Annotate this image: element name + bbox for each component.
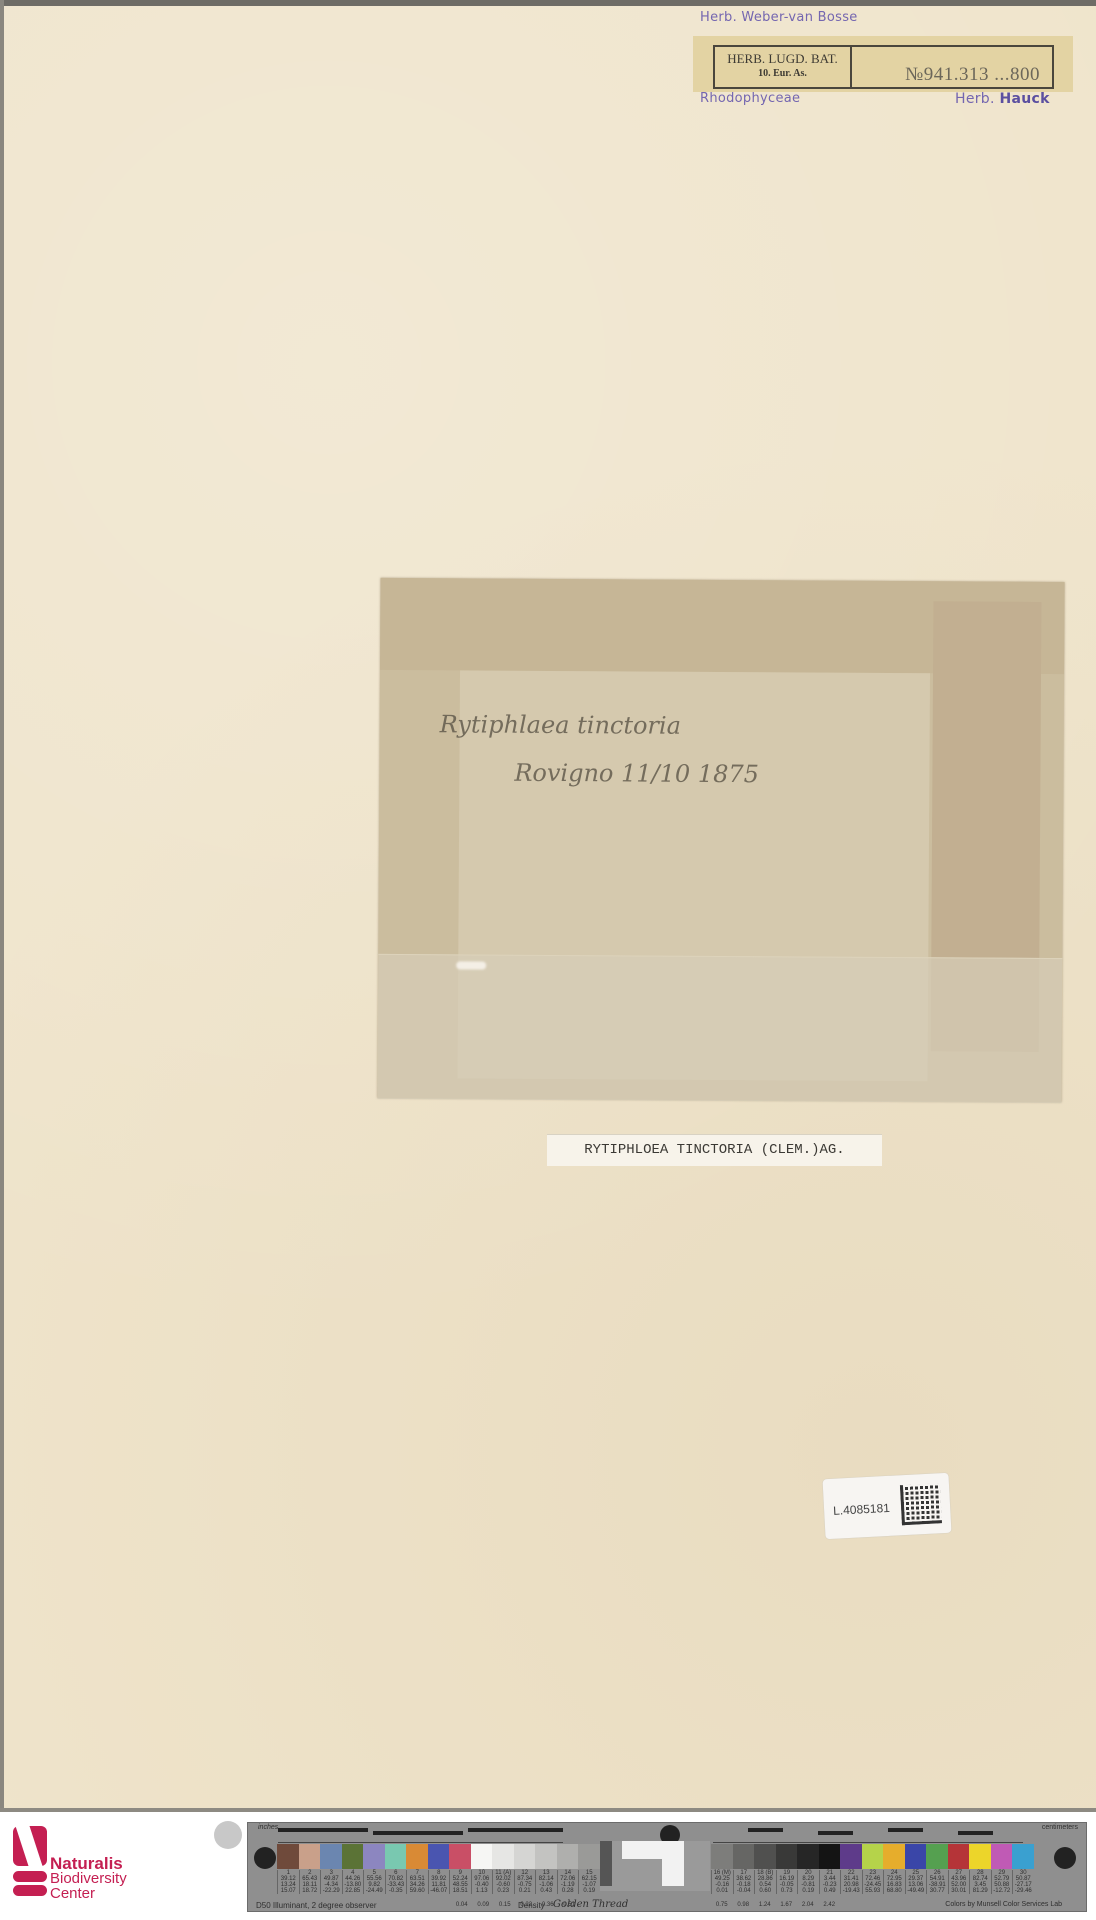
scanner-left-edge xyxy=(0,0,4,1812)
patch-values: 1287.34-0.750.21 xyxy=(514,1870,536,1894)
centimeters-label: centimeters xyxy=(1042,1824,1078,1831)
color-patch xyxy=(492,1844,514,1869)
patch-values: 2952.7950.88-12.72 xyxy=(991,1870,1013,1894)
patch-values: 1472.06-1.190.28 xyxy=(557,1870,579,1894)
color-patch xyxy=(840,1844,862,1869)
patch-values: 2472.9516.8368.80 xyxy=(883,1870,905,1894)
herbarium-stamp-prefix: Herb. xyxy=(955,91,995,107)
sheet-bottom-edge xyxy=(0,1808,1096,1812)
patch-values: 2529.3713.06-49.49 xyxy=(905,1870,927,1894)
patch-values: 3050.87-27.17-29.46 xyxy=(1012,1870,1034,1894)
patch-values: 2372.46-24.4555.93 xyxy=(862,1870,884,1894)
resolution-target xyxy=(600,1841,710,1891)
logo-bar-icon xyxy=(13,1871,47,1882)
patch-values: 1916.19-0.050.73 xyxy=(776,1870,798,1894)
patch-values: 2231.4120.98-19.43 xyxy=(840,1870,862,1894)
color-patch xyxy=(578,1844,600,1869)
density-value: 0.09 xyxy=(473,1902,495,1908)
color-patch xyxy=(385,1844,407,1869)
envelope-bottom-flap xyxy=(377,954,1062,1103)
color-patch xyxy=(926,1844,948,1869)
envelope-glare xyxy=(456,961,486,969)
color-patch xyxy=(754,1844,776,1869)
patch-values: 139.1213.2415.07 xyxy=(277,1870,299,1894)
color-calibration-chart: inches centimeters 139.1213.2415.07265.4… xyxy=(247,1822,1087,1912)
institution-text: HERB. LUGD. BAT. xyxy=(715,51,850,67)
color-patch xyxy=(733,1844,755,1869)
color-patch xyxy=(819,1844,841,1869)
group-stamp: Rhodophyceae xyxy=(700,91,800,106)
patch-values: 2743.9652.0030.01 xyxy=(948,1870,970,1894)
patch-values: 444.26-13.8022.85 xyxy=(342,1870,364,1894)
illuminant-note: D50 Illuminant, 2 degree observer xyxy=(256,1901,377,1910)
herbarium-label: HERB. LUGD. BAT. 10. Eur. As. №941.313 .… xyxy=(713,45,1054,89)
color-patches-right xyxy=(711,1844,1034,1869)
density-value: 1.67 xyxy=(776,1902,798,1908)
patch-values: 839.9211.81-46.07 xyxy=(428,1870,450,1894)
patch-values: 265.4318.1118.72 xyxy=(299,1870,321,1894)
patch-values: 11 (A)92.02-0.600.23 xyxy=(492,1870,514,1894)
color-patch xyxy=(557,1844,579,1869)
herbarium-label-institution-cell: HERB. LUGD. BAT. 10. Eur. As. xyxy=(715,47,852,87)
color-patch xyxy=(711,1844,733,1869)
color-patch xyxy=(883,1844,905,1869)
herbarium-stamp-name: Hauck xyxy=(1000,91,1050,107)
density-value: 1.24 xyxy=(754,1902,776,1908)
patch-values: 555.569.82-24.49 xyxy=(363,1870,385,1894)
patch-values: 1097.06-0.401.13 xyxy=(471,1870,493,1894)
patch-values: 213.44-0.230.49 xyxy=(819,1870,841,1894)
logo-text-center: Center xyxy=(50,1885,95,1902)
patch-values: 2882.743.4581.29 xyxy=(969,1870,991,1894)
collection-stamp: Herb. Weber-van Bosse xyxy=(700,10,858,25)
density-value: 2.04 xyxy=(797,1902,819,1908)
cm-ruler xyxy=(713,1828,1023,1843)
logo-bar-icon xyxy=(13,1885,47,1896)
patch-values: 1562.15-1.070.19 xyxy=(578,1870,600,1894)
density-value: 0.15 xyxy=(494,1902,516,1908)
handwritten-locality-date: Rovigno 11/10 1875 xyxy=(514,759,759,788)
barcode-label: L.4085181 xyxy=(823,1473,952,1540)
density-value: 0.75 xyxy=(711,1902,733,1908)
specimen-envelope: Rytiphlaea tinctoria Rovigno 11/10 1875 xyxy=(377,578,1064,1102)
color-patch xyxy=(1012,1844,1034,1869)
inches-label: inches xyxy=(258,1824,278,1831)
color-patch xyxy=(514,1844,536,1869)
patch-values-right: 16 (M)49.25-0.160.011738.62-0.18-0.0418 … xyxy=(711,1870,1034,1894)
logo-n-icon xyxy=(13,1826,47,1866)
gray-reference-dot xyxy=(214,1821,242,1849)
color-patch xyxy=(428,1844,450,1869)
color-patch xyxy=(320,1844,342,1869)
density-values-right: 0.750.981.241.672.042.42 xyxy=(711,1902,840,1908)
naturalis-logo: Naturalis Biodiversity Center xyxy=(13,1826,133,1908)
color-patch xyxy=(299,1844,321,1869)
patch-values: 670.82-33.43-0.35 xyxy=(385,1870,407,1894)
patch-values: 952.2448.5518.51 xyxy=(449,1870,471,1894)
color-patch xyxy=(535,1844,557,1869)
brand-name: Golden Thread xyxy=(553,1899,628,1910)
patch-values-left: 139.1213.2415.07265.4318.1118.72349.87-4… xyxy=(277,1870,600,1894)
patch-values: 1382.14-1.060.43 xyxy=(535,1870,557,1894)
color-patch xyxy=(905,1844,927,1869)
inch-ruler xyxy=(278,1828,563,1843)
herbarium-number: №941.313 ...800 xyxy=(905,64,1040,86)
patch-values: 2654.91-38.9130.77 xyxy=(926,1870,948,1894)
patch-values: 1738.62-0.18-0.04 xyxy=(733,1870,755,1894)
patch-values: 18 (B)28.860.540.60 xyxy=(754,1870,776,1894)
region-text: 10. Eur. As. xyxy=(715,68,850,79)
patch-values: 763.5134.2659.60 xyxy=(406,1870,428,1894)
herbarium-label-number-cell: №941.313 ...800 xyxy=(852,47,1052,87)
color-patch xyxy=(969,1844,991,1869)
color-patch xyxy=(363,1844,385,1869)
color-patch xyxy=(406,1844,428,1869)
patch-values: 16 (M)49.25-0.160.01 xyxy=(711,1870,733,1894)
catalog-number: L.4085181 xyxy=(833,1501,890,1518)
patch-values: 208.29-0.810.19 xyxy=(797,1870,819,1894)
density-value: 0.04 xyxy=(451,1902,473,1908)
herbarium-stamp: Herb. Hauck xyxy=(955,91,1050,107)
patch-values: 349.87-4.34-22.29 xyxy=(320,1870,342,1894)
color-patch xyxy=(342,1844,364,1869)
color-patch xyxy=(948,1844,970,1869)
color-patch xyxy=(797,1844,819,1869)
registration-dot-icon xyxy=(1054,1847,1076,1869)
color-patch xyxy=(776,1844,798,1869)
density-value: 0.98 xyxy=(733,1902,755,1908)
color-patch xyxy=(862,1844,884,1869)
color-patch xyxy=(471,1844,493,1869)
typed-species-label: RYTIPHLOEA TINCTORIA (CLEM.)AG. xyxy=(547,1134,882,1166)
color-patch xyxy=(991,1844,1013,1869)
handwritten-species-name: Rytiphlaea tinctoria xyxy=(440,710,681,739)
datamatrix-finder-pattern xyxy=(900,1483,942,1525)
density-value: 2.42 xyxy=(819,1902,841,1908)
munsell-credit: Colors by Munsell Color Services Lab xyxy=(945,1901,1062,1908)
registration-dot-icon xyxy=(254,1847,276,1869)
color-patch xyxy=(449,1844,471,1869)
density-value: 0.22 xyxy=(516,1902,538,1908)
scanner-top-edge xyxy=(0,0,1096,6)
color-patch xyxy=(277,1844,299,1869)
color-patches-left xyxy=(277,1844,600,1869)
